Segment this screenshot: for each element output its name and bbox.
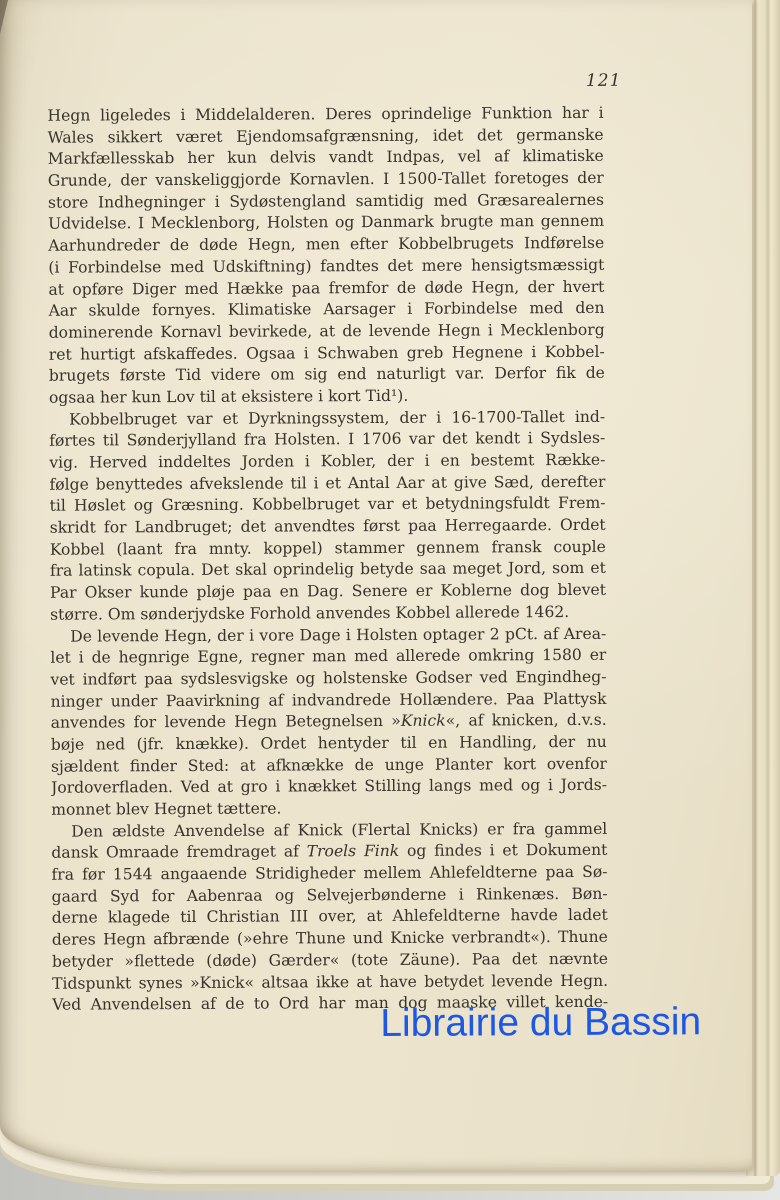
- paragraph: Den ældste Anvendelse af Knick (Flertal …: [51, 818, 608, 1016]
- text-line: bøje ned (jfr. knække). Ordet hentyder t…: [51, 732, 607, 757]
- paragraph: Hegn ligeledes i Middelalderen. Deres op…: [47, 103, 605, 410]
- text-line: De levende Hegn, der i vore Dage i Holst…: [50, 623, 606, 648]
- paragraph: Kobbelbruget var et Dyrkningssystem, der…: [49, 406, 606, 626]
- text-line: skridt for Landbruget; det anvendtes før…: [50, 515, 606, 540]
- text-line: større. Om sønderjydske Forhold anvendes…: [50, 602, 606, 627]
- watermark-text: Librairie du Bassin: [380, 1000, 701, 1046]
- text-line: til Høslet og Græsning. Kobbelbruget var…: [50, 493, 606, 518]
- text-line: Kobbelbruget var et Dyrkningssystem, der…: [49, 406, 605, 431]
- text-line: ninger under Paavirkning af indvandrede …: [51, 688, 607, 713]
- text-line: ret hurtigt afskaffedes. Ogsaa i Schwabe…: [49, 341, 605, 366]
- text-line: store Indhegninger i Sydøstengland samti…: [48, 190, 604, 215]
- text-line: fra før 1544 angaaende Stridigheder mell…: [51, 862, 607, 887]
- text-line: Jordoverfladen. Ved at gro i knækket Sti…: [51, 775, 607, 800]
- text-line: Wales sikkert været Ejendomsafgrænsning,…: [48, 124, 604, 149]
- text-line: Tidspunkt synes »Knick« altsaa ikke at h…: [52, 970, 608, 995]
- text-line: Aar skulde fornyes. Klimatiske Aarsager …: [49, 298, 605, 323]
- text-line: følge benyttedes afvekslende til i et An…: [49, 471, 605, 496]
- paragraph: De levende Hegn, der i vore Dage i Holst…: [50, 623, 607, 821]
- book-photo: 121 Hegn ligeledes i Middelalderen. Dere…: [0, 0, 780, 1200]
- text-line: Aarhundreder de døde Hegn, men efter Kob…: [48, 233, 604, 258]
- text-line: at opføre Diger med Hække paa fremfor de…: [48, 276, 604, 301]
- page-number: 121: [557, 71, 621, 91]
- text-line: ogsaa her kun Lov til at eksistere i kor…: [49, 385, 605, 410]
- text-line: vet indført paa sydslesvigske og holsten…: [50, 667, 606, 692]
- text-line: brugets første Tid videre om sig end nat…: [49, 363, 605, 388]
- text-line: Den ældste Anvendelse af Knick (Flertal …: [51, 818, 607, 843]
- text-line: vig. Herved inddeltes Jorden i Kobler, d…: [49, 450, 605, 475]
- text-line: derne klagede til Christian III over, at…: [52, 905, 608, 930]
- book-page: 121 Hegn ligeledes i Middelalderen. Dere…: [0, 0, 752, 1172]
- text-line: anvendes for levende Hegn Betegnelsen »K…: [51, 710, 607, 735]
- text-line: Grunde, der vanskeliggjorde Kornavlen. I…: [48, 168, 604, 193]
- text-block: Hegn ligeledes i Middelalderen. Deres op…: [47, 103, 608, 1017]
- text-line: Markfællesskab her kun delvis vandt Indp…: [48, 146, 604, 171]
- text-line: Udvidelse. I Mecklenborg, Holsten og Dan…: [48, 211, 604, 236]
- text-line: deres Hegn afbrænde (»ehre Thune und Kni…: [52, 927, 608, 952]
- text-line: fra latinsk copula. Det skal oprindelig …: [50, 558, 606, 583]
- text-line: dominerende Kornavl bevirkede, at de lev…: [49, 320, 605, 345]
- text-line: førtes til Sønderjylland fra Holsten. I …: [49, 428, 605, 453]
- text-line: Par Okser kunde pløje paa en Dag. Senere…: [50, 580, 606, 605]
- text-line: betyder »flettede (døde) Gærder« (tote Z…: [52, 949, 608, 974]
- text-line: Kobbel (laant fra mnty. koppel) stammer …: [50, 537, 606, 562]
- text-line: (i Forbindelse med Udskiftning) fandtes …: [48, 255, 604, 280]
- page-content: 121 Hegn ligeledes i Middelalderen. Dere…: [0, 0, 755, 1174]
- text-line: let i de hegnrige Egne, regner man med a…: [50, 645, 606, 670]
- text-line: monnet blev Hegnet tættere.: [51, 797, 607, 822]
- text-line: sjældent finder Sted: at afknække de ung…: [51, 753, 607, 778]
- text-line: gaard Syd for Aabenraa og Selvejerbønder…: [52, 884, 608, 909]
- text-line: Hegn ligeledes i Middelalderen. Deres op…: [47, 103, 603, 128]
- text-line: dansk Omraade fremdraget af Troels Fink …: [51, 840, 607, 865]
